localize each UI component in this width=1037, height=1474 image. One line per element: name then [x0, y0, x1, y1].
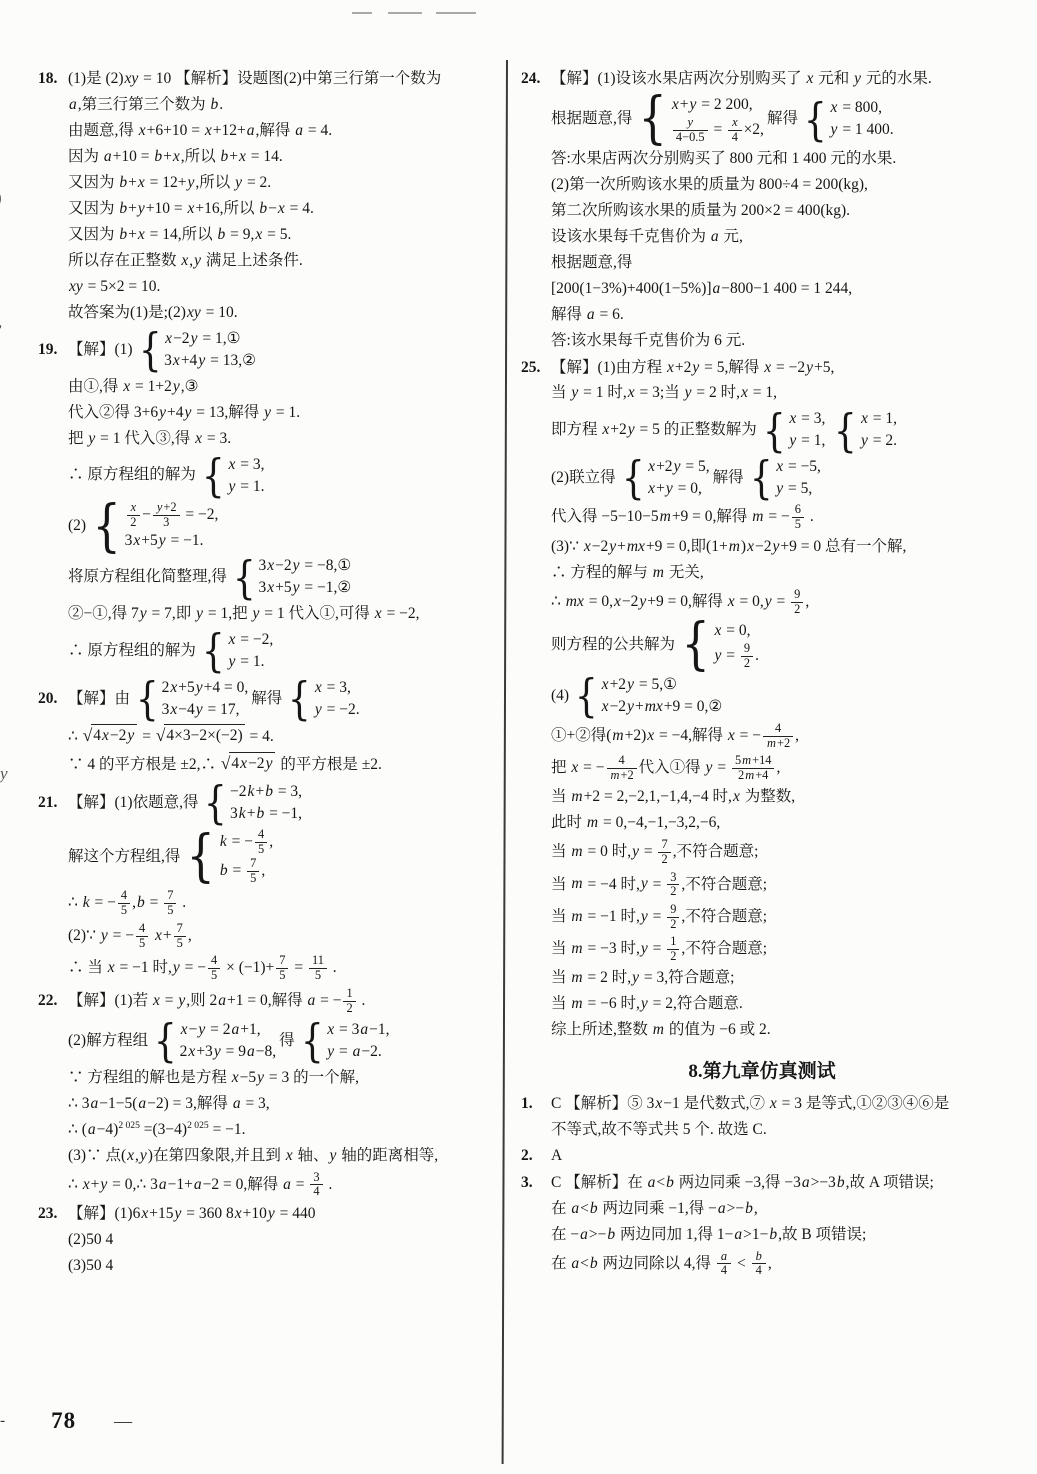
- fraction: 12: [343, 987, 355, 1016]
- system-row: y = 1.: [227, 476, 264, 498]
- page-edge-artifact: y: [0, 764, 8, 784]
- text-run: 因为 a+10 = b+x,所以 b+x = 14.: [68, 146, 283, 168]
- math-variable: xy: [124, 70, 140, 87]
- math-variable: y: [631, 843, 640, 860]
- text-run: xy = 5×2 = 10.: [68, 276, 160, 298]
- problem-18: 18.(1)是 (2)xy = 10 【解析】设题图(2)中第三行第一个数为a,…: [38, 68, 506, 324]
- math-variable: y: [626, 676, 635, 693]
- problem-number: 1.: [521, 1093, 551, 1115]
- math-variable: m: [751, 508, 764, 525]
- math-variable: x: [654, 1095, 663, 1112]
- problem-number: 21.: [38, 792, 68, 814]
- fraction: x2: [127, 501, 141, 530]
- problem-23: 23.【解】(1)6x+15y = 360 8x+10y = 440(2)50 …: [38, 1203, 506, 1277]
- system-row: x−y = 2a+1,: [180, 1019, 276, 1041]
- text-run: ∴ x+y = 0,∴ 3a−1+a−2 = 0,解得 a = 34 .: [68, 1171, 332, 1200]
- equation-system: {x2−y+23 = −2,3x+5y = −1.: [89, 501, 218, 552]
- text-run: C 【解析】⑤ 3x−1 是代数式,⑦ x = 3 是等式,①②③④⑥是: [551, 1093, 949, 1115]
- equation-system: {x = 0,y = 92.: [678, 620, 759, 671]
- text-run: a,第三行第三个数为 b.: [68, 94, 223, 116]
- text-line: ∴ x+y = 0,∴ 3a−1+a−2 = 0,解得 a = 34 .: [68, 1171, 506, 1200]
- problem-number: 2.: [521, 1145, 551, 1167]
- math-variable: y: [691, 359, 700, 376]
- equation-system: {x+2y = 5,x+y = 0,: [619, 456, 710, 500]
- math-variable: m: [570, 995, 583, 1012]
- math-variable: b: [255, 805, 265, 822]
- text-line: 当 m = −1 时,y = 92,不符合题意;: [551, 903, 1003, 932]
- text-line: (2)解方程组{x−y = 2a+1,2x+3y = 9a−8,得{x = 3a…: [68, 1019, 506, 1063]
- math-variable: m: [570, 788, 583, 805]
- section-heading: 8.第九章仿真测试: [521, 1056, 1003, 1083]
- system-row: 3x−2y = −8,①: [258, 555, 351, 577]
- text-line: ∵ 4 的平方根是 ±2,∴ √4x−2y 的平方根是 ±2.: [68, 752, 506, 777]
- math-variable: b: [836, 1174, 846, 1191]
- text-line: 解得 a = 6.: [551, 304, 1003, 326]
- problem-24: 24.【解】(1)设该水果店两次分别购买了 x 元和 y 元的水果.根据题意,得…: [521, 68, 1003, 353]
- system-row: y = a−2.: [326, 1041, 389, 1063]
- math-variable: a: [232, 1095, 242, 1112]
- math-variable: x: [137, 174, 146, 191]
- scan-artifact-dash: [388, 12, 422, 14]
- text-run: ∴ k = −45,b = 75 .: [68, 889, 186, 918]
- text-run: ∴ 原方程组的解为: [68, 464, 196, 486]
- footer-edge-dash: -: [0, 1412, 5, 1430]
- brace: {: [187, 836, 215, 878]
- math-variable: y: [326, 1043, 335, 1060]
- text-run: 当 m+2 = 2,−2,1,−1,4,−4 时,x 为整数,: [551, 786, 795, 808]
- math-variable: x: [169, 701, 178, 718]
- math-variable: x: [194, 430, 203, 447]
- fraction: 4m+2: [763, 722, 793, 751]
- math-variable: a: [306, 992, 316, 1009]
- text-run: ∴ 3a−1−5(a−2) = 3,解得 a = 3,: [68, 1093, 270, 1115]
- text-run: (2)∵ y = −45 x+75,: [68, 922, 192, 951]
- text-line: 在 −a>−b 两边同加 1,得 1−a>1−b,故 B 项错误;: [551, 1224, 1003, 1246]
- problem-number: 20.: [38, 688, 68, 710]
- text-run: 把 x = −4m+2代入①得 y = 5m+142m+4,: [551, 754, 780, 783]
- text-line: (3)∵ 点(x,y)在第四象限,并且到 x 轴、y 轴的距离相等,: [68, 1145, 506, 1167]
- text-line: 代入得 −5−10−5m+9 = 0,解得 m = −65 .: [551, 503, 1003, 532]
- math-variable: a: [103, 148, 113, 165]
- text-run: A: [551, 1145, 562, 1167]
- text-run: 解这个方程组,得: [68, 846, 180, 868]
- math-variable: a: [801, 1174, 811, 1191]
- math-variable: x: [731, 115, 739, 129]
- math-variable: x: [187, 200, 196, 217]
- text-line: ②−①,得 7y = 7,即 y = 1,把 y = 1 代入①,可得 x = …: [68, 603, 506, 625]
- text-run: 不等式,故不等式共 5 个. 故选 C.: [551, 1119, 767, 1141]
- text-line: (2)第一次所购该水果的质量为 800÷4 = 200(kg),: [551, 174, 1003, 196]
- brace: {: [202, 634, 225, 668]
- text-line: (2)50 4: [68, 1229, 506, 1251]
- system-row: x−2y+mx+9 = 0,②: [601, 696, 723, 718]
- system-row: −2k+b = 3,: [230, 781, 302, 803]
- system-row: 3x+4y = 13,②: [164, 350, 256, 372]
- left-column: 18.(1)是 (2)xy = 10 【解析】设题图(2)中第三行第一个数为a,…: [38, 64, 506, 1282]
- text-run: 当 m = −4 时,y = 32,不符合题意;: [551, 871, 767, 900]
- fraction: 5m+142m+4: [732, 754, 775, 783]
- math-variable: y: [139, 1147, 148, 1164]
- text-line: 20.【解】由{2x+5y+4 = 0,3x−4y = 17,解得{x = 3,…: [68, 677, 506, 721]
- text-run: 当 m = 0 时,y = 72,不符合题意;: [551, 838, 758, 867]
- text-run: 根据题意,得: [551, 252, 632, 274]
- math-variable: x: [583, 538, 592, 555]
- system-row: y4−0.5 = x4×2,: [671, 116, 764, 145]
- equation-system: {−2k+b = 3,3k+b = −1,: [201, 781, 302, 825]
- text-run: ①+②得(m+2)x = −4,解得 x = −4m+2,: [551, 722, 799, 751]
- math-variable: a: [90, 1095, 100, 1112]
- math-variable: a: [294, 122, 304, 139]
- equation-system: {x = 3a−1,y = a−2.: [298, 1019, 390, 1063]
- math-variable: m: [728, 538, 741, 555]
- text-line: 24.【解】(1)设该水果店两次分别购买了 x 元和 y 元的水果.: [551, 68, 1003, 90]
- problem-number: 19.: [38, 339, 68, 361]
- radical: √4×3−2×(−2): [156, 724, 245, 747]
- text-run: (2): [68, 515, 86, 537]
- text-line: 将原方程组化简整理,得{3x−2y = −8,①3x+5y = −1,②: [68, 555, 506, 599]
- math-variable: x: [285, 1147, 294, 1164]
- math-variable: x: [140, 1205, 149, 1222]
- text-run: 【解】(1)依题意,得: [68, 792, 198, 814]
- problem-25: 25.【解】(1)由方程 x+2y = 5,解得 x = −2y+5,当 y =…: [521, 357, 1003, 1042]
- fraction: 45: [208, 954, 220, 983]
- math-variable: b: [768, 1226, 778, 1243]
- math-variable: y: [570, 384, 579, 401]
- math-variable: b: [210, 96, 220, 113]
- math-variable: y: [265, 755, 274, 772]
- brace: {: [154, 1024, 177, 1058]
- system-row: y = 1,: [788, 430, 825, 452]
- text-run: (3)∵ x−2y+mx+9 = 0,即(1+m)x−2y+9 = 0 总有一个…: [551, 536, 906, 558]
- math-variable: a: [158, 1176, 168, 1193]
- problem-number: 3.: [521, 1172, 551, 1194]
- system-row: 3x−4y = 17,: [162, 699, 249, 721]
- math-variable: x: [204, 122, 213, 139]
- math-variable: m: [570, 843, 583, 860]
- text-run: 在 a<b 两边同除以 4,得 a4 < b4,: [551, 1250, 772, 1279]
- math-variable: x: [727, 727, 736, 744]
- math-variable: m: [570, 969, 583, 986]
- problem-2: 2.A: [521, 1145, 1003, 1167]
- equation-system: {x = −5,y = 5,: [747, 456, 821, 500]
- text-run: (3)50 4: [68, 1255, 113, 1277]
- text-run: 即方程 x+2y = 5 的正整数解为: [551, 419, 757, 441]
- math-variable: b: [118, 174, 128, 191]
- text-line: 又因为 b+x = 14,所以 b = 9,x = 5.: [68, 224, 506, 246]
- math-variable: y: [830, 121, 839, 138]
- math-variable: m: [586, 814, 599, 831]
- text-line: 23.【解】(1)6x+15y = 360 8x+10y = 440: [68, 1203, 506, 1225]
- text-line: 根据题意,得{x+y = 2 200,y4−0.5 = x4×2,解得{x = …: [551, 94, 1003, 145]
- math-variable: x: [601, 698, 610, 715]
- math-variable: m: [611, 727, 624, 744]
- math-variable: x: [122, 378, 131, 395]
- math-variable: a: [68, 96, 78, 113]
- text-line: 把 y = 1 代入③,得 x = 3.: [68, 428, 506, 450]
- text-run: [200(1−3%)+400(1−5%)]a−800−1 400 = 1 244…: [551, 278, 852, 300]
- math-variable: x: [314, 679, 323, 696]
- brace: {: [138, 333, 161, 367]
- text-line: 21.【解】(1)依题意,得{−2k+b = 3,3k+b = −1,: [68, 781, 506, 825]
- text-line: 答:该水果每千克售价为 6 元.: [551, 330, 1003, 352]
- system-row: x = 0,: [714, 620, 759, 642]
- math-variable: xy: [68, 278, 84, 295]
- fraction: 12: [667, 935, 679, 964]
- text-run: 在 a<b 两边同乘 −1,得 −a>−b,: [551, 1198, 758, 1220]
- math-variable: y: [126, 727, 135, 744]
- fraction: 45: [118, 889, 130, 918]
- math-variable: y: [195, 701, 204, 718]
- text-line: 根据题意,得: [551, 252, 1003, 274]
- math-variable: m: [610, 768, 621, 782]
- math-variable: b: [136, 894, 146, 911]
- text-run: 此时 m = 0,−4,−1,−3,2,−6,: [551, 812, 720, 834]
- math-variable: y: [195, 605, 204, 622]
- brace: {: [621, 461, 644, 495]
- text-run: 第二次所购该水果的质量为 200×2 = 400(kg).: [551, 200, 850, 222]
- math-variable: x: [830, 99, 839, 116]
- math-variable: b: [118, 226, 128, 243]
- math-variable: y: [100, 927, 109, 944]
- text-run: (2)50 4: [68, 1229, 113, 1251]
- math-variable: y: [193, 252, 202, 269]
- fraction: 72: [658, 838, 670, 867]
- text-line: ∴ 方程的解与 m 无关,: [551, 562, 1003, 584]
- math-variable: x: [627, 384, 636, 401]
- math-variable: a: [570, 1200, 580, 1217]
- problem-21: 21.【解】(1)依题意,得{−2k+b = 3,3k+b = −1,解这个方程…: [38, 781, 506, 983]
- text-run: 在 −a>−b 两边同加 1,得 1−a>1−b,故 B 项错误;: [551, 1224, 866, 1246]
- math-variable: x: [138, 122, 147, 139]
- system-row: y = 5,: [775, 478, 821, 500]
- math-variable: x: [154, 927, 163, 944]
- text-run: 当 y = 1 时,x = 3;当 y = 2 时,x = 1,: [551, 382, 777, 404]
- text-run: ∵ 4 的平方根是 ±2,∴ √4x−2y 的平方根是 ±2.: [68, 752, 382, 777]
- math-variable: a: [710, 228, 720, 245]
- text-run: 解得: [251, 688, 282, 710]
- math-variable: x: [775, 458, 784, 475]
- system-row: 3k+b = −1,: [230, 803, 302, 825]
- text-line: 在 a<b 两边同乘 −1,得 −a>−b,: [551, 1198, 1003, 1220]
- text-line: ∵ 方程组的解也是方程 x−5y = 3 的一个解,: [68, 1067, 506, 1089]
- text-run: 解得: [767, 108, 798, 130]
- math-variable: x: [254, 226, 263, 243]
- math-variable: y: [314, 701, 323, 718]
- fraction: 75: [164, 889, 176, 918]
- text-run: 由题意,得 x+6+10 = x+12+a,解得 a = 4.: [68, 120, 332, 142]
- text-run: 由①,得 x = 1+2y,③: [68, 376, 199, 398]
- text-run: 故答案为(1)是;(2)xy = 10.: [68, 302, 238, 324]
- fraction: 115: [309, 954, 327, 983]
- text-line: 此时 m = 0,−4,−1,−3,2,−6,: [551, 812, 1003, 834]
- fraction: 45: [255, 828, 267, 857]
- text-run: 代入得 −5−10−5m+9 = 0,解得 m = −65 .: [551, 503, 814, 532]
- text-line: 1.C 【解析】⑤ 3x−1 是代数式,⑦ x = 3 是等式,①②③④⑥是: [551, 1093, 1003, 1115]
- math-variable: y: [139, 605, 148, 622]
- text-line: [200(1−3%)+400(1−5%)]a−800−1 400 = 1 244…: [551, 278, 1003, 300]
- page-number: 78: [51, 1408, 76, 1434]
- math-variable: y: [860, 432, 869, 449]
- text-line: ∴ √4x−2y = √4×3−2×(−2) = 4.: [68, 724, 506, 749]
- text-line: 3.C 【解析】在 a<b 两边同乘 −3,得 −3a>−3b,故 A 项错误;: [551, 1172, 1003, 1194]
- fraction: 75: [276, 954, 288, 983]
- math-variable: y: [177, 992, 186, 1009]
- math-variable: x: [137, 226, 146, 243]
- system-row: y = 1.: [227, 651, 273, 673]
- text-line: 故答案为(1)是;(2)xy = 10.: [68, 302, 506, 324]
- equation-system: {x = 3,y = −2.: [285, 677, 359, 721]
- math-variable: y: [805, 359, 814, 376]
- equation-system: {x+2y = 5,①x−2y+mx+9 = 0,②: [572, 674, 722, 718]
- system-row: y = 2.: [860, 430, 897, 452]
- system-row: 3x+5y = −1,②: [258, 577, 351, 599]
- text-run: (1)是 (2)xy = 10 【解析】设题图(2)中第三行第一个数为: [68, 68, 441, 90]
- system-row: y = −2.: [314, 699, 360, 721]
- math-variable: b: [264, 783, 274, 800]
- math-variable: a: [282, 1176, 292, 1193]
- system-row: x = 3a−1,: [326, 1019, 389, 1041]
- text-run: ∴ (a−4)2 025 =(3−4)2 025 = −1.: [68, 1119, 246, 1142]
- math-variable: a: [579, 1226, 589, 1243]
- math-variable: y: [705, 759, 714, 776]
- math-variable: x: [740, 384, 749, 401]
- math-variable: a: [359, 1021, 369, 1038]
- text-line: 22.【解】(1)若 x = y,则 2a+1 = 0,解得 a = −12 .: [68, 987, 506, 1016]
- fraction: 32: [667, 871, 679, 900]
- text-line: 由①,得 x = 1+2y,③: [68, 376, 506, 398]
- equation-system: {x = 3,y = 1.: [199, 454, 265, 498]
- text-line: 答:水果店两次分别购买了 800 元和 1 400 元的水果.: [551, 148, 1003, 170]
- math-variable: y: [627, 421, 636, 438]
- text-line: (2)联立得{x+2y = 5,x+y = 0,解得{x = −5,y = 5,: [551, 456, 1003, 500]
- text-run: 解得: [713, 467, 744, 489]
- equation-system: {x−y = 2a+1,2x+3y = 9a−8,: [151, 1019, 276, 1063]
- system-row: x = 1,: [860, 408, 897, 430]
- math-variable: k: [82, 894, 91, 911]
- math-variable: xy: [186, 304, 202, 321]
- math-variable: mx: [626, 538, 646, 555]
- fraction: y+23: [153, 501, 180, 530]
- equation-system: {x−2y = 1,①3x+4y = 13,②: [136, 328, 256, 372]
- math-variable: y: [608, 538, 617, 555]
- fraction: a4: [717, 1250, 731, 1279]
- math-variable: x: [746, 538, 755, 555]
- system-row: x+2y = 5,①: [601, 674, 723, 696]
- math-variable: x: [231, 1069, 240, 1086]
- math-variable: x: [769, 1095, 778, 1112]
- footer-dash: —: [114, 1411, 132, 1432]
- text-line: a,第三行第三个数为 b.: [68, 94, 506, 116]
- text-line: ∴ 原方程组的解为{x = 3,y = 1.: [68, 454, 506, 498]
- math-variable: y: [640, 995, 649, 1012]
- text-run: C 【解析】在 a<b 两边同乘 −3,得 −3a>−3b,故 A 项错误;: [551, 1172, 934, 1194]
- text-run: ∴ 当 x = −1 时,y = −45 × (−1)+75 = 115 .: [68, 954, 337, 983]
- math-variable: a: [712, 280, 722, 297]
- system-row: x2−y+23 = −2,: [125, 501, 219, 530]
- equation-system: {3x−2y = −8,①3x+5y = −1,②: [230, 555, 351, 599]
- equation-system: {x = 1,y = 2.: [831, 408, 897, 452]
- math-variable: m: [741, 753, 752, 767]
- scan-artifact-dash: [352, 12, 372, 14]
- text-line: 第二次所购该水果的质量为 200×2 = 400(kg).: [551, 200, 1003, 222]
- text-run: ∴ √4x−2y = √4×3−2×(−2) = 4.: [68, 724, 274, 749]
- math-variable: x: [234, 1205, 243, 1222]
- math-variable: y: [227, 653, 236, 670]
- math-variable: y: [252, 605, 261, 622]
- system-row: x+y = 0,: [647, 478, 709, 500]
- text-line: 又因为 b+x = 12+y,所以 y = 2.: [68, 172, 506, 194]
- fraction: 92: [791, 588, 803, 617]
- text-run: 【解】(1)若 x = y,则 2a+1 = 0,解得 a = −12 .: [68, 987, 365, 1016]
- text-run: 当 m = −1 时,y = 92,不符合题意;: [551, 903, 767, 932]
- text-line: ∴ k = −45,b = 75 .: [68, 889, 506, 918]
- text-run: (2)解方程组: [68, 1030, 148, 1052]
- text-line: 在 a<b 两边同除以 4,得 a4 < b4,: [551, 1250, 1003, 1279]
- math-variable: y: [631, 969, 640, 986]
- math-variable: y: [771, 538, 780, 555]
- math-variable: x: [227, 631, 236, 648]
- math-variable: b: [755, 1249, 763, 1263]
- math-variable: x: [180, 252, 189, 269]
- math-variable: y: [187, 174, 196, 191]
- text-run: ∵ 方程组的解也是方程 x−5y = 3 的一个解,: [68, 1067, 359, 1089]
- fraction: 45: [136, 922, 148, 951]
- math-variable: b: [589, 1200, 599, 1217]
- math-variable: m: [570, 875, 583, 892]
- problem-number: 22.: [38, 990, 68, 1012]
- math-variable: m: [659, 508, 672, 525]
- math-variable: y: [626, 698, 635, 715]
- text-line: 把 x = −4m+2代入①得 y = 5m+142m+4,: [551, 754, 1003, 783]
- system-row: y = 1 400.: [830, 119, 894, 141]
- math-variable: a: [352, 1043, 362, 1060]
- text-run: 所以存在正整数 x,y 满足上述条件.: [68, 250, 303, 272]
- system-row: y = 92.: [714, 642, 759, 671]
- system-row: k = −45,: [219, 828, 273, 857]
- fraction: b4: [752, 1250, 766, 1279]
- text-run: 综上所述,整数 m 的值为 −6 或 2.: [551, 1019, 771, 1041]
- text-line: 当 m = −6 时,y = 2,符合题意.: [551, 993, 1003, 1015]
- math-variable: x: [107, 959, 116, 976]
- text-line: 综上所述,整数 m 的值为 −6 或 2.: [551, 1019, 1003, 1041]
- math-variable: a: [246, 1043, 256, 1060]
- text-run: 答:水果店两次分别购买了 800 元和 1 400 元的水果.: [551, 148, 896, 170]
- math-variable: a: [720, 1249, 728, 1263]
- math-variable: y: [263, 404, 272, 421]
- math-variable: x: [763, 359, 772, 376]
- text-run: 当 m = −3 时,y = 12,不符合题意;: [551, 935, 767, 964]
- text-line: 当 y = 1 时,x = 3;当 y = 2 时,x = 1,: [551, 382, 1003, 404]
- text-line: 不等式,故不等式共 5 个. 故选 C.: [551, 1119, 1003, 1141]
- text-run: 根据题意,得: [551, 108, 632, 130]
- equation-system: {x = 800,y = 1 400.: [801, 97, 894, 141]
- fraction: 92: [741, 642, 753, 671]
- math-variable: y: [640, 940, 649, 957]
- text-run: 又因为 b+x = 14,所以 b = 9,x = 5.: [68, 224, 291, 246]
- exponent: 2 025: [187, 1120, 209, 1131]
- text-line: 2.A: [551, 1145, 1003, 1167]
- system-row: x−2y = 1,①: [164, 328, 256, 350]
- text-line: (3)50 4: [68, 1255, 506, 1277]
- math-variable: y: [292, 557, 301, 574]
- math-variable: b: [589, 1255, 599, 1272]
- math-variable: x: [732, 788, 741, 805]
- brace: {: [639, 98, 667, 140]
- math-variable: x: [646, 727, 655, 744]
- text-line: 18.(1)是 (2)xy = 10 【解析】设题图(2)中第三行第一个数为: [68, 68, 506, 90]
- math-variable: x: [227, 456, 236, 473]
- math-variable: mx: [644, 698, 664, 715]
